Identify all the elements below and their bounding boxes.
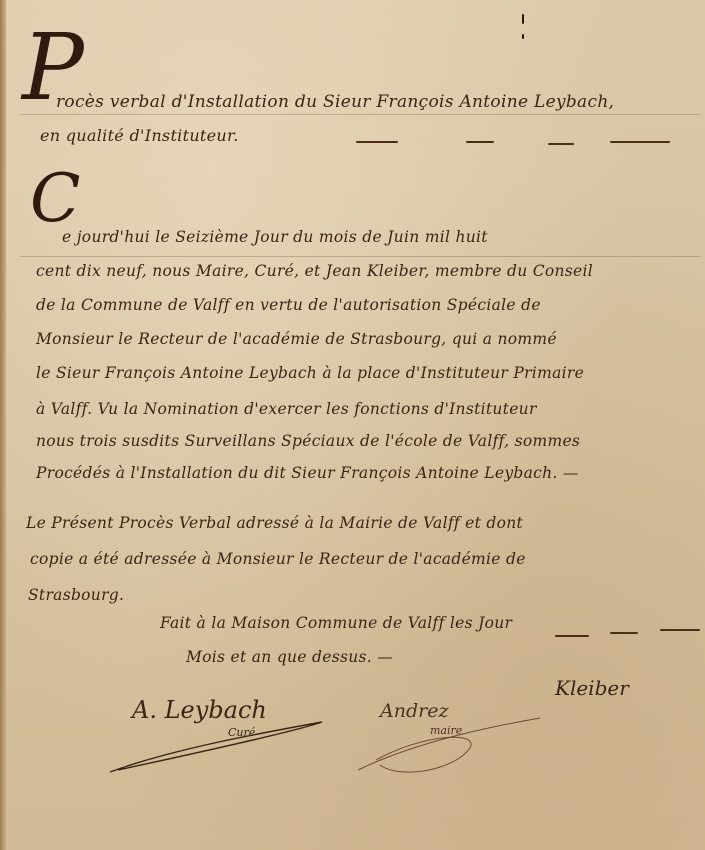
signature-andrez: Andrez [380, 700, 448, 722]
signature-flourish-leybach [0, 0, 705, 850]
signature-title-maire: maire [430, 724, 462, 737]
signature-kleiber: Kleiber [555, 676, 629, 700]
manuscript-page: P rocès verbal d'Installation du Sieur F… [0, 0, 705, 850]
